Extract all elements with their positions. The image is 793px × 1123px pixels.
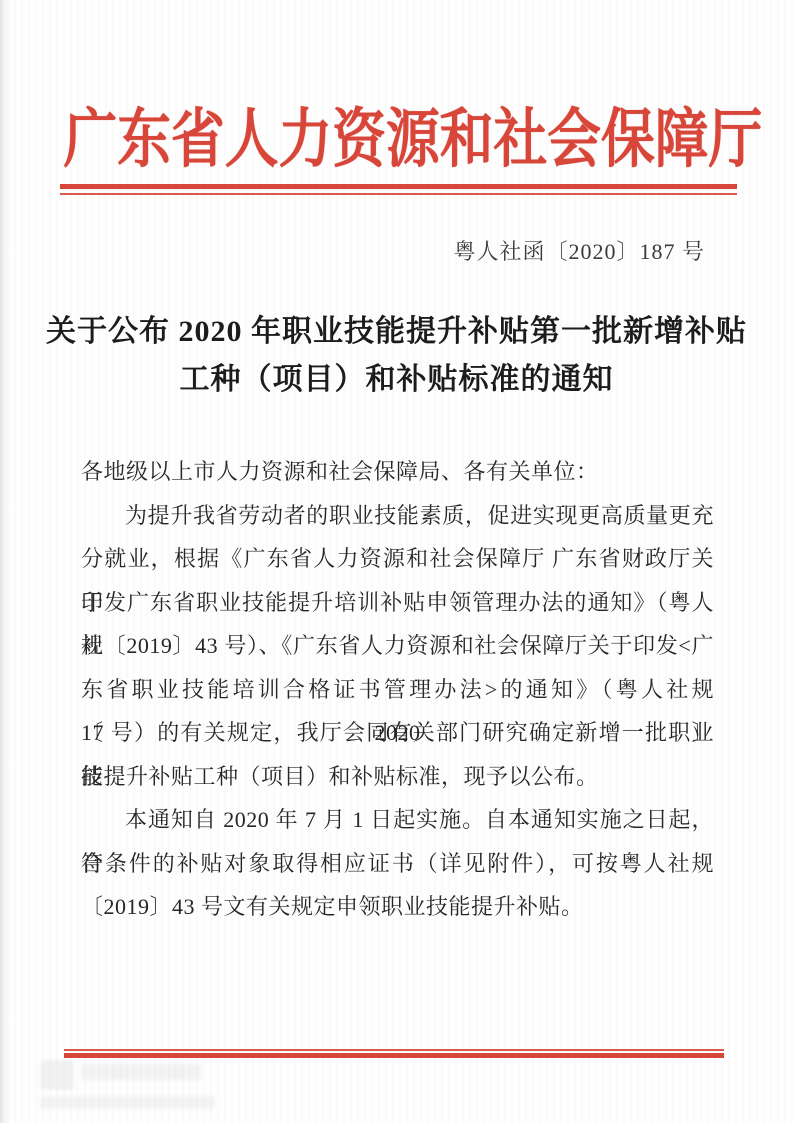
document-title-line2: 工种（项目）和补贴标准的通知 (180, 363, 614, 396)
letterhead-rule-bottom (64, 1049, 724, 1058)
body-line: 印发广东省职业技能提升培训补贴申领管理办法的通知》（粤人社 (81, 581, 714, 625)
body-line: 〔2019〕43 号文有关规定申领职业技能提升补贴。 (81, 885, 714, 929)
document-body: 各地级以上市人力资源和社会保障局、各有关单位： 为提升我省劳动者的职业技能素质，… (81, 450, 714, 929)
body-line: 规〔2019〕43 号）、《广东省人力资源和社会保障厅关于印发<广 (81, 624, 714, 668)
scan-watermark-logo (40, 1060, 74, 1090)
salutation-line: 各地级以上市人力资源和社会保障局、各有关单位： (81, 450, 714, 494)
document-title-line1: 关于公布 2020 年职业技能提升补贴第一批新增补贴 (46, 315, 747, 348)
letterhead-rule-top-thin (60, 193, 737, 195)
letterhead-rule-bottom-thick (64, 1053, 724, 1058)
body-line: 能提升补贴工种（项目）和补贴标准，现予以公布。 (81, 755, 714, 799)
letterhead-agency-name: 广东省人力资源和社会保障厅 (63, 88, 729, 180)
body-line: 合条件的补贴对象取得相应证书（详见附件），可按粤人社规 (81, 842, 714, 886)
scan-watermark (35, 1060, 235, 1115)
body-line: 为提升我省劳动者的职业技能素质，促进实现更高质量更充 (81, 494, 714, 538)
body-line: 分就业，根据《广东省人力资源和社会保障厅 广东省财政厅关于 (81, 537, 714, 581)
letterhead-rule-top (60, 184, 737, 195)
scan-watermark-text-row2 (40, 1096, 215, 1109)
scan-watermark-text-row1 (81, 1064, 201, 1080)
scanned-document-page: 广东省人力资源和社会保障厅 粤人社函〔2020〕187 号 关于公布 2020 … (0, 0, 793, 1123)
document-number: 粤人社函〔2020〕187 号 (453, 235, 705, 266)
body-line: 东省职业技能培训合格证书管理办法>的通知》（粤人社规〔2020〕 (81, 668, 714, 712)
body-line: 17 号）的有关规定，我厅会同有关部门研究确定新增一批职业技 (81, 711, 714, 755)
document-title: 关于公布 2020 年职业技能提升补贴第一批新增补贴 工种（项目）和补贴标准的通… (0, 308, 793, 404)
body-line: 本通知自 2020 年 7 月 1 日起实施。自本通知实施之日起，符 (81, 798, 714, 842)
